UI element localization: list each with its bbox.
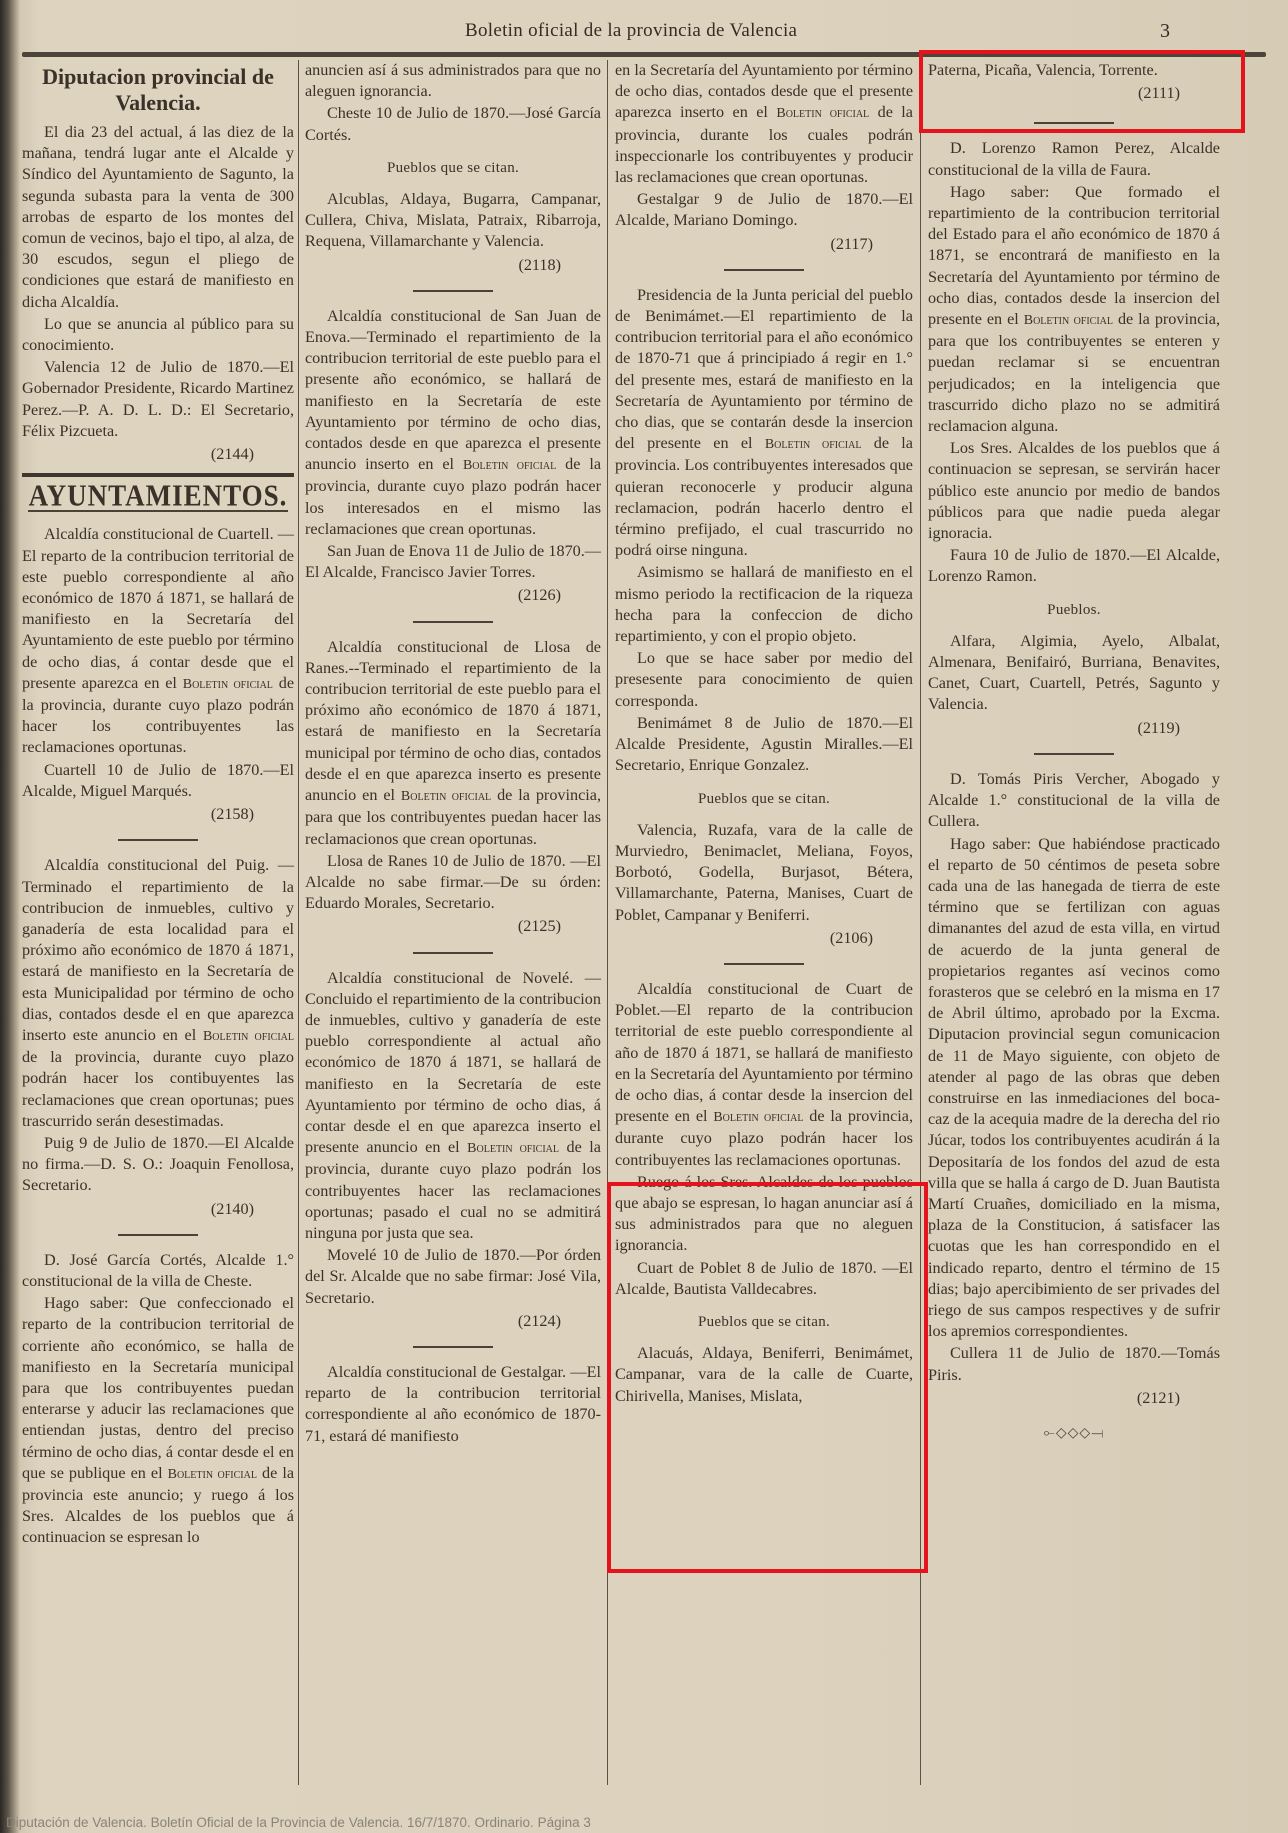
column-divider: [607, 60, 608, 1785]
notice-signature: Cuartell 10 de Julio de 1870.—El Alcalde…: [22, 760, 294, 802]
towns-list: Paterna, Picaña, Valencia, Torrente.: [928, 60, 1220, 81]
notice-reference: (2111): [928, 83, 1220, 104]
notice-signature: Movelé 10 de Julio de 1870.—Por órden de…: [305, 1245, 601, 1309]
notice-2118-start: D. José García Cortés, Alcalde 1.° const…: [22, 1250, 294, 1549]
notice-intro: D. José García Cortés, Alcalde 1.° const…: [22, 1250, 294, 1292]
notice-2106: Presidencia de la Junta pericial del pue…: [615, 285, 913, 949]
towns-subhead: Pueblos que se citan.: [615, 1312, 913, 1333]
notice-separator: [1034, 753, 1114, 755]
notice-2140: Alcaldía constitucional del Puig. —Termi…: [22, 855, 294, 1219]
notice-body: Alcaldía constitucional de Novelé. —Conc…: [305, 968, 601, 1245]
notice-2144: El dia 23 del actual, á las diez de la m…: [22, 122, 294, 465]
notice-separator: [1034, 122, 1114, 124]
notice-2126: Alcaldía constitucional de San Juan de E…: [305, 306, 601, 607]
notice-body: Hago saber: Que confeccionado el reparto…: [22, 1293, 294, 1548]
notice-reference: (2125): [305, 916, 601, 937]
archive-footer: Diputación de Valencia. Boletín Oficial …: [6, 1815, 591, 1830]
notice-2117-end: en la Secretaría del Ayuntamiento por té…: [615, 60, 913, 255]
notice-separator: [413, 290, 493, 292]
notice-reference: (2118): [305, 255, 601, 276]
notice-separator: [413, 1346, 493, 1348]
notice-body: Presidencia de la Junta pericial del pue…: [615, 285, 913, 562]
notice-signature: Benimámet 8 de Julio de 1870.—El Alcalde…: [615, 713, 913, 777]
notice-body: Alcaldía constitucional de San Juan de E…: [305, 306, 601, 540]
running-title: Boletin oficial de la provincia de Valen…: [465, 20, 797, 42]
notice-reference: (2117): [615, 234, 913, 255]
notice-separator: [413, 952, 493, 954]
towns-subhead: Pueblos que se citan.: [615, 789, 913, 810]
notice-body: Hago saber: Que habiéndose practicado el…: [928, 834, 1220, 1343]
notice-signature: Puig 9 de Julio de 1870.—El Alcalde no f…: [22, 1133, 294, 1197]
notice-2117-start: Alcaldía constitucional de Gestalgar. —E…: [305, 1362, 601, 1447]
notice-reference: (2158): [22, 804, 294, 825]
notice-signature: Faura 10 de Julio de 1870.—El Alcalde, L…: [928, 545, 1220, 587]
towns-list: Alfara, Algimia, Ayelo, Albalat, Almenar…: [928, 631, 1220, 716]
column-3: en la Secretaría del Ayuntamiento por té…: [615, 60, 913, 1408]
notice-reference: (2121): [928, 1388, 1220, 1409]
notice-body: El dia 23 del actual, á las diez de la m…: [22, 122, 294, 313]
notice-reference: (2144): [22, 444, 294, 465]
towns-list: Alacuás, Aldaya, Beniferri, Benimámet, C…: [615, 1343, 913, 1407]
notice-signature: San Juan de Enova 11 de Julio de 1870.—E…: [305, 541, 601, 583]
notice-body: Ruego á los Sres. Alcaldes de los pueblo…: [615, 1172, 913, 1257]
notice-body: Alcaldía constitucional de Gestalgar. —E…: [305, 1362, 601, 1447]
notice-separator: [413, 621, 493, 623]
towns-subhead: Pueblos que se citan.: [305, 158, 601, 179]
notice-2121: D. Tomás Piris Vercher, Abogado y Alcald…: [928, 769, 1220, 1409]
column-2: anuncien así á sus administrados para qu…: [305, 60, 601, 1448]
notice-body: Lo que se hace saber por medio del prese…: [615, 648, 913, 712]
notice-signature: Cuart de Poblet 8 de Julio de 1870. —El …: [615, 1258, 913, 1300]
notice-separator: [724, 269, 804, 271]
notice-body: Los Sres. Alcaldes de los pueblos que á …: [928, 438, 1220, 544]
notice-body: Hago saber: Que formado el repartimiento…: [928, 182, 1220, 437]
notice-2125: Alcaldía constitucional de Llosa de Rane…: [305, 637, 601, 938]
notice-signature: Llosa de Ranes 10 de Julio de 1870. —El …: [305, 851, 601, 915]
notice-2111-start: Alcaldía constitucional de Cuart de Pobl…: [615, 979, 913, 1407]
notice-reference: (2124): [305, 1311, 601, 1332]
notice-separator: [724, 963, 804, 965]
header-rule: [22, 52, 1266, 57]
section-title-diputacion: Diputacion provincial de Valencia.: [22, 64, 294, 116]
notice-2119: D. Lorenzo Ramon Perez, Alcalde constitu…: [928, 138, 1220, 738]
column-divider: [298, 60, 299, 1785]
notice-separator: [118, 839, 198, 841]
notice-body: Alcaldía constitucional de Cuartell. —El…: [22, 524, 294, 758]
notice-body: en la Secretaría del Ayuntamiento por té…: [615, 60, 913, 188]
page-binding-shadow: [0, 0, 20, 1833]
notice-intro: D. Lorenzo Ramon Perez, Alcalde constitu…: [928, 138, 1220, 180]
column-divider: [920, 60, 921, 1785]
towns-list: Valencia, Ruzafa, vara de la calle de Mu…: [615, 820, 913, 926]
page-number: 3: [1160, 20, 1170, 43]
notice-2124: Alcaldía constitucional de Novelé. —Conc…: [305, 968, 601, 1332]
section-rule: [22, 473, 294, 477]
notice-body: Alcaldía constitucional del Puig. —Termi…: [22, 855, 294, 1132]
notice-reference: (2140): [22, 1199, 294, 1220]
notice-signature: Cullera 11 de Julio de 1870.—Tomás Piris…: [928, 1343, 1220, 1385]
notice-signature: Valencia 12 de Julio de 1870.—El Goberna…: [22, 357, 294, 442]
notice-body: Alcaldía constitucional de Cuart de Pobl…: [615, 979, 913, 1171]
column-4: Paterna, Picaña, Valencia, Torrente. (21…: [928, 60, 1220, 1458]
notice-reference: (2119): [928, 718, 1220, 739]
column-1: Diputacion provincial de Valencia. El di…: [22, 60, 294, 1550]
notice-2111-end: Paterna, Picaña, Valencia, Torrente. (21…: [928, 60, 1220, 104]
section-title-ayuntamientos: AYUNTAMIENTOS.: [22, 484, 294, 508]
notice-body: anuncien así á sus administrados para qu…: [305, 60, 601, 102]
towns-subhead: Pueblos.: [928, 600, 1220, 621]
newspaper-page: Boletin oficial de la provincia de Valen…: [0, 0, 1288, 1833]
towns-list: Alcublas, Aldaya, Bugarra, Campanar, Cul…: [305, 189, 601, 253]
notice-signature: Gestalgar 9 de Julio de 1870.—El Alcalde…: [615, 189, 913, 231]
notice-2118-end: anuncien así á sus administrados para qu…: [305, 60, 601, 276]
ornamental-divider: ⟜◇◇◇⟞: [928, 1423, 1220, 1444]
notice-body: Lo que se anuncia al público para su con…: [22, 314, 294, 356]
notice-body: Alcaldía constitucional de Llosa de Rane…: [305, 637, 601, 850]
running-header: Boletin oficial de la provincia de Valen…: [0, 18, 1288, 48]
notice-signature: Cheste 10 de Julio de 1870.—José García …: [305, 103, 601, 145]
notice-reference: (2126): [305, 585, 601, 606]
notice-intro: D. Tomás Piris Vercher, Abogado y Alcald…: [928, 769, 1220, 833]
notice-body: Asimismo se hallará de manifiesto en el …: [615, 562, 913, 647]
notice-separator: [118, 1234, 198, 1236]
notice-reference: (2106): [615, 928, 913, 949]
notice-2158: Alcaldía constitucional de Cuartell. —El…: [22, 524, 294, 825]
